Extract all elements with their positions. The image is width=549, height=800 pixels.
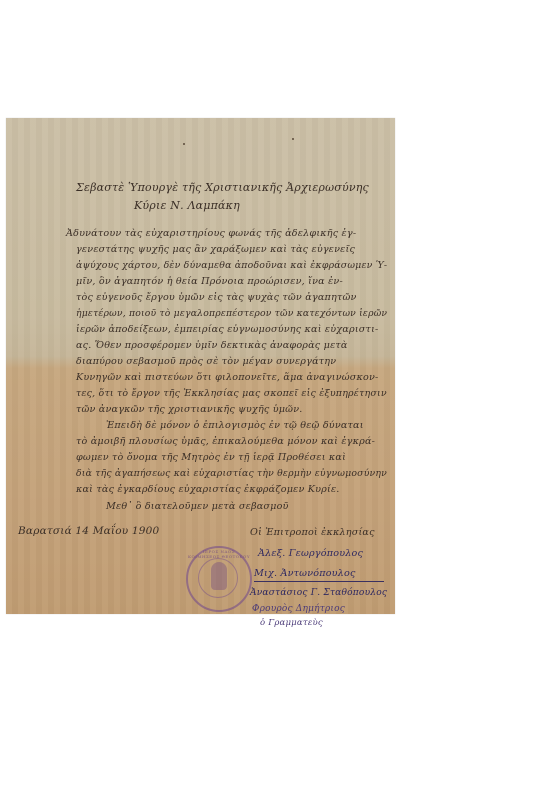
body-line: ἡμετέρων, ποιοῦ τὸ μεγαλοπρεπέστερον τῶν… — [76, 309, 387, 319]
heading-line-2: Κύριε Ν. Λαμπάκη — [134, 200, 240, 211]
body-line: Ἀδυνάτουν τὰς εὐχαριστηρίους φωνάς τῆς ἀ… — [66, 229, 356, 239]
signature: Φρουρὸς Δημήτριος — [252, 605, 345, 614]
body-line: διαπύρου σεβασμοῦ πρὸς σὲ τὸν μέγαν συνε… — [76, 357, 336, 367]
body-line: τῶν ἀναγκῶν τῆς χριστιανικῆς ψυχῆς ὑμῶν. — [76, 405, 303, 415]
body-line: μῖν, ὃν ἀγαπητόν ἡ θεία Πρόνοια προώρισε… — [76, 277, 343, 287]
signature: Μιχ. Ἀντωνόπουλος — [254, 569, 356, 579]
closing-line: Μεθ᾽ ὃ διατελοῦμεν μετὰ σεβασμοῦ — [106, 502, 289, 512]
body-line: γενεστάτης ψυχῆς μας ἂν χαράξωμεν καὶ τὰ… — [76, 245, 355, 255]
signatories-heading: Οἱ Ἐπιτροποὶ ἐκκλησίας — [250, 528, 375, 538]
body-line: διὰ τῆς ἀγαπήσεως καὶ εὐχαριστίας τὴν θε… — [76, 469, 387, 479]
signature: ὁ Γραμματεὺς — [260, 619, 323, 628]
paper-speck — [292, 138, 294, 140]
body-line: ας. Ὅθεν προσφέρομεν ὑμῖν δεκτικὰς ἀναφο… — [76, 341, 348, 351]
paper-speck — [183, 143, 185, 145]
heading-line-1: Σεβαστὲ Ὑπουργὲ τῆς Χριστιανικῆς Ἀρχιερω… — [76, 182, 369, 193]
body-line: ἱερῶν ἀποδείξεων, ἐμπειρίας εὐγνωμοσύνης… — [76, 325, 378, 335]
signature: Ἀλεξ. Γεωργόπουλος — [258, 549, 363, 559]
document-paper: Σεβαστὲ Ὑπουργὲ τῆς Χριστιανικῆς Ἀρχιερω… — [6, 118, 395, 614]
body-line: φωμεν τὸ ὄνομα τῆς Μητρὸς ἐν τῇ ἱερᾷ Προ… — [76, 453, 346, 463]
signature: Ἀναστάσιος Γ. Σταθόπουλος — [250, 588, 387, 598]
body-line: τες, ὅτι τὸ ἔργον τῆς Ἐκκλησίας μας σκοπ… — [76, 389, 387, 399]
body-line: Ἐπειδὴ δὲ μόνον ὁ ἐπιλογισμὸς ἐν τῷ θεῷ … — [106, 421, 364, 431]
place-date: Βαρατσιά 14 Μαΐου 1900 — [18, 526, 159, 537]
body-line: ἀψύχους χάρτου, δὲν δύναμεθα ἀποδοῦναι κ… — [76, 261, 387, 271]
church-seal-stamp: ΙΕΡΟΣ ΝΑΟΣ ΚΟΙΜΗΣΕΩΣ ΘΕΟΤΟΚΟΥ — [186, 546, 252, 612]
body-line: Κυνηγῶν καὶ πιστεύων ὅτι φιλοπονεῖτε, ἅμ… — [76, 373, 379, 383]
signature-underline — [254, 581, 384, 582]
body-line: τὸς εὐγενοῦς ἔργου ὑμῶν εἰς τὰς ψυχὰς τῶ… — [76, 293, 357, 303]
body-line: καὶ τὰς ἐγκαρδίους εὐχαριστίας ἐκφράζομε… — [76, 485, 340, 495]
saint-figure-icon — [211, 562, 227, 590]
body-line: τὸ ἀμοιβῆ πλουσίως ὑμᾶς, ἐπικαλούμεθα μό… — [76, 437, 375, 447]
